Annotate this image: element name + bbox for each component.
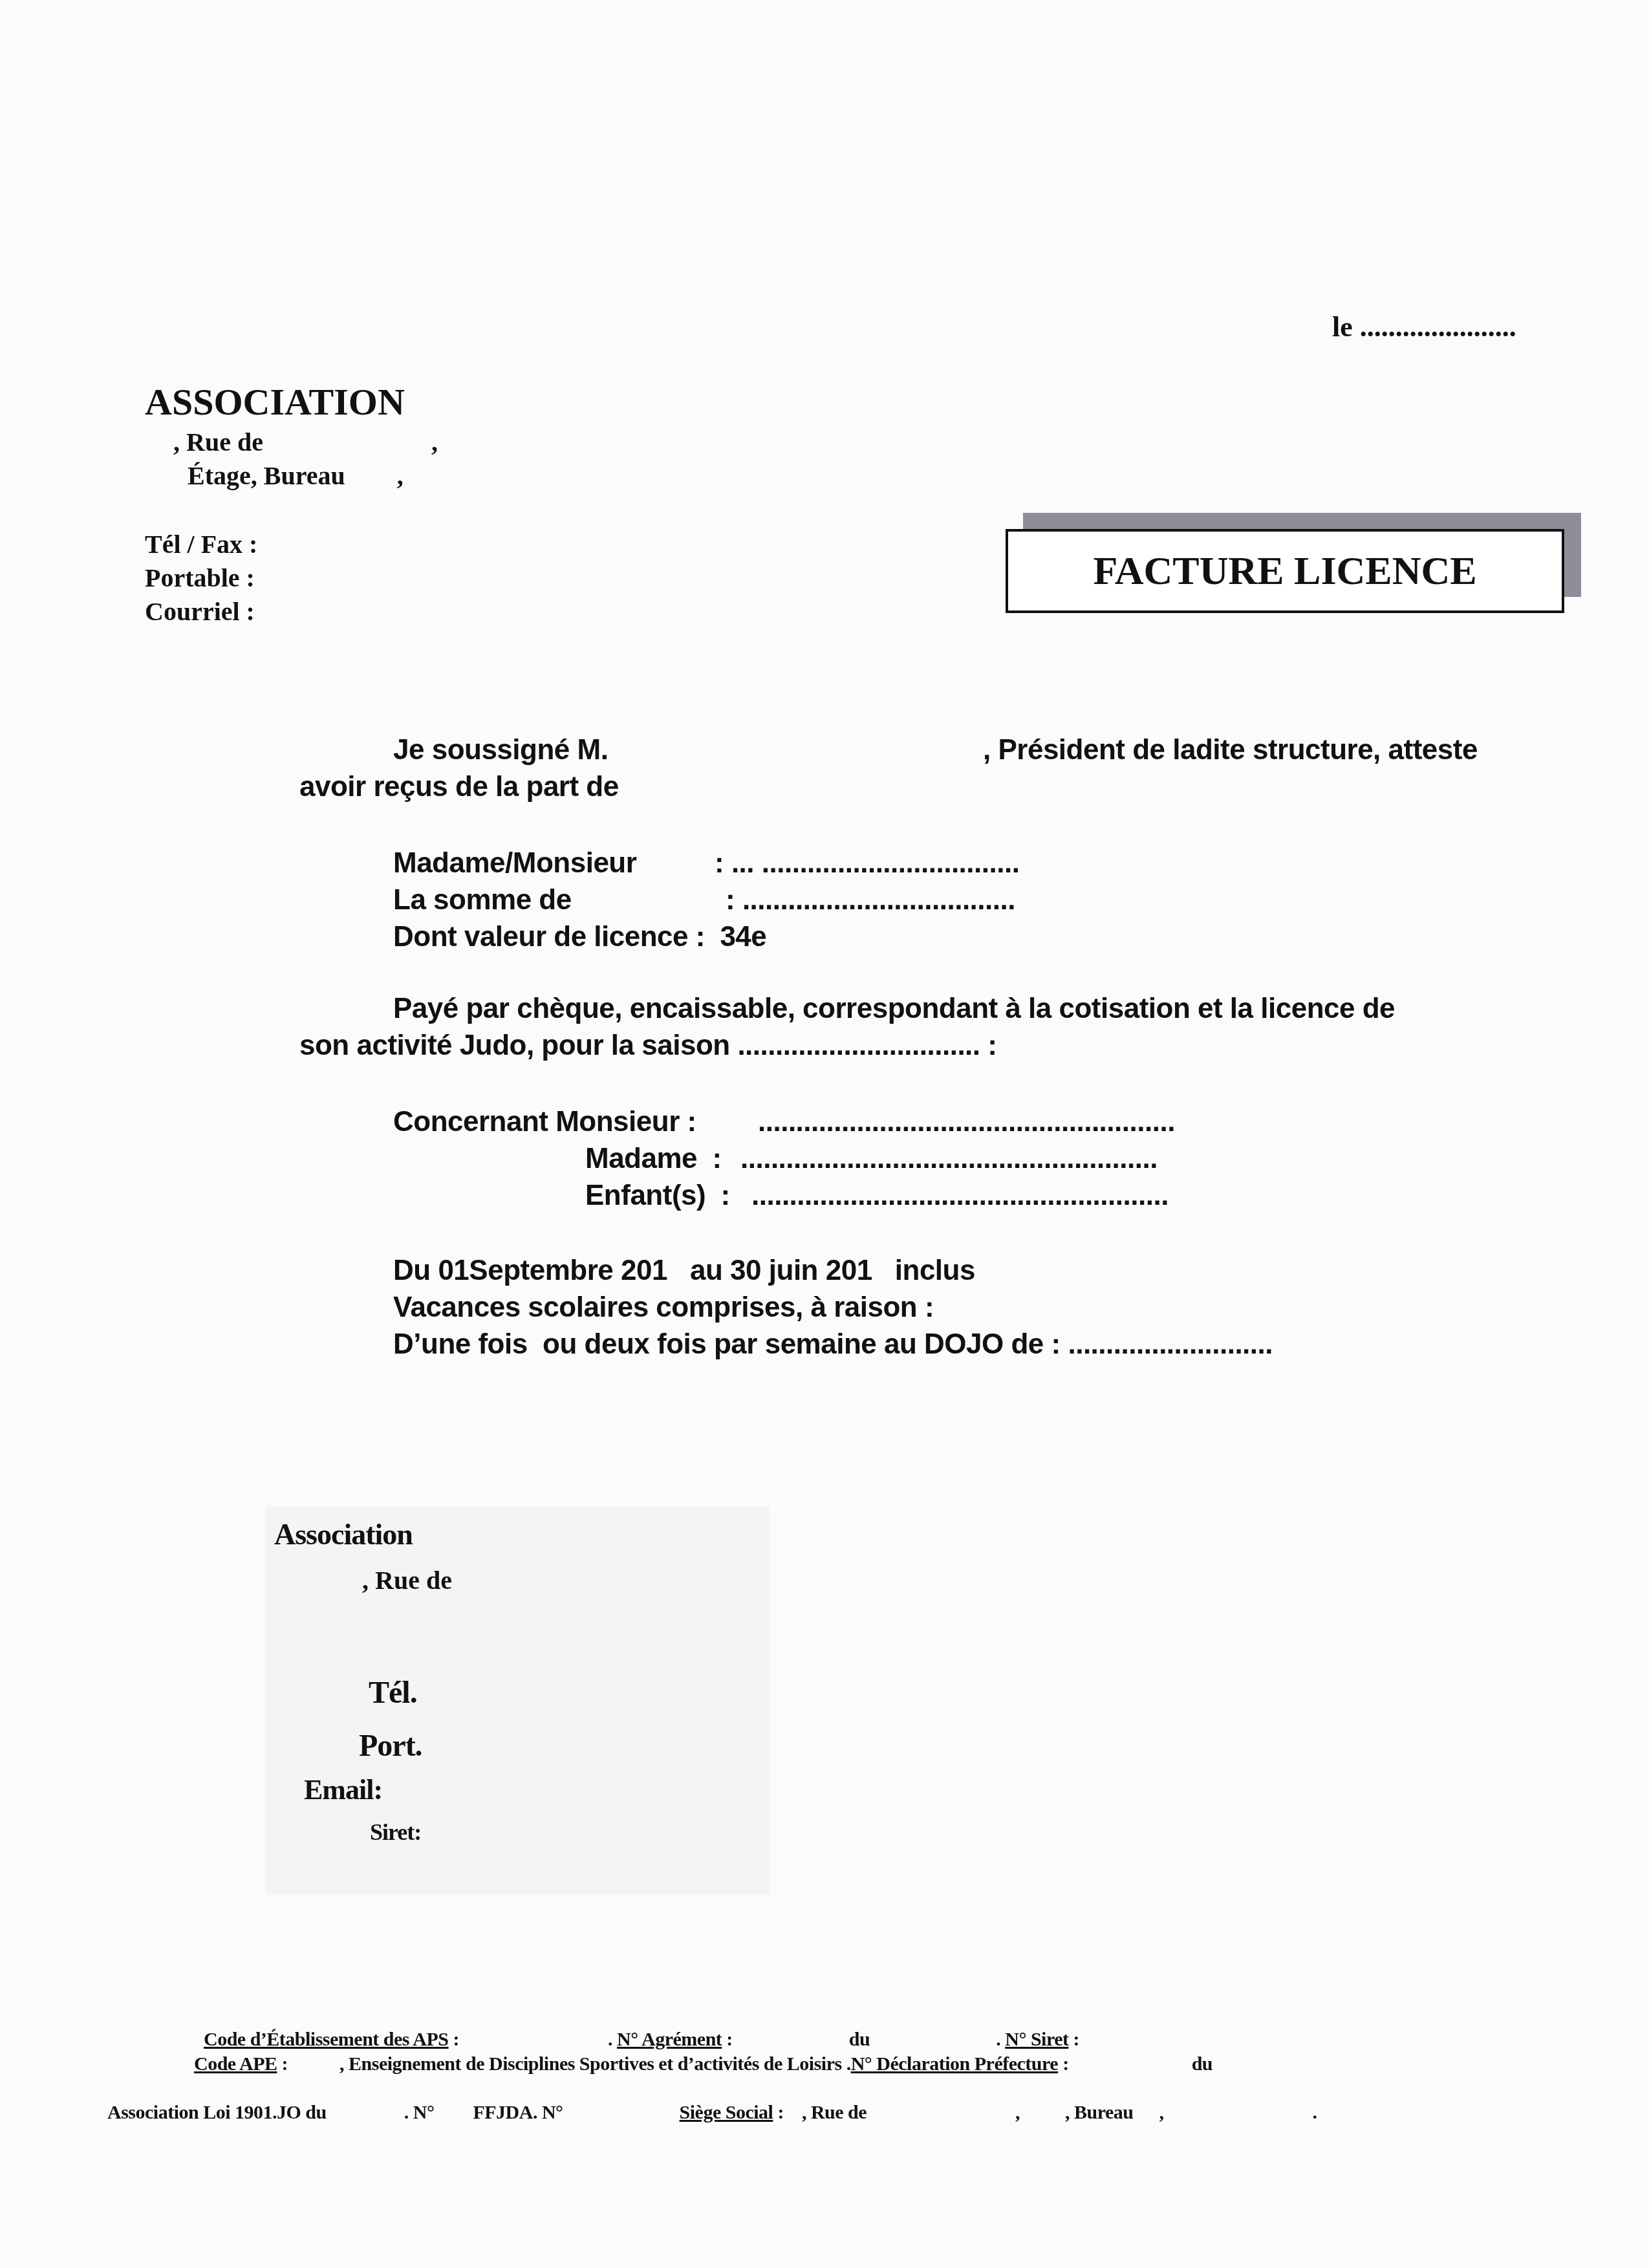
concernant-madame-field: ........................................…	[740, 1143, 1158, 1175]
activity-description: , Enseignement de Disciplines Sportives …	[339, 2053, 851, 2075]
footer-line3: Association Loi 1901.JO du. N°FFJDA. N°S…	[107, 2102, 1317, 2124]
bureau-label: , Bureau	[1065, 2102, 1133, 2123]
concernant-enfants-field: ........................................…	[751, 1180, 1169, 1212]
period-line: Du 01Septembre 201 au 30 juin 201 inclus	[393, 1255, 975, 1287]
association-floor: Étage, Bureau ,	[188, 460, 404, 491]
madame-monsieur-label: Madame/Monsieur	[393, 847, 636, 880]
stamp-street: , Rue de	[362, 1565, 452, 1595]
declaration-label: N° Déclaration Préfecture	[851, 2053, 1058, 2075]
madame-monsieur-field: : ... ..................................	[715, 847, 1019, 880]
concernant-madame-label: Madame :	[585, 1143, 722, 1175]
concernant-monsieur-field: ........................................…	[758, 1106, 1175, 1138]
footer-line1: Code d’Établissement des APS :. N° Agrém…	[204, 2029, 1079, 2051]
stamp-association: Association	[274, 1517, 413, 1551]
ffjda-label: FFJDA. N°	[473, 2102, 563, 2123]
concernant-enfants-label: Enfant(s) :	[585, 1180, 730, 1212]
attestation-end: , Président de ladite structure, atteste	[983, 734, 1478, 766]
somme-label: La somme de	[393, 884, 572, 916]
date-field: le ......................	[1332, 310, 1516, 343]
licence-value: Dont valeur de licence : 34e	[393, 921, 766, 953]
colon: :	[277, 2053, 288, 2075]
stamp-tel: Tél.	[369, 1675, 417, 1711]
payment-line2: son activité Judo, pour la saison ......…	[299, 1030, 997, 1062]
stamp-siret: Siret:	[370, 1819, 421, 1846]
period: .	[1313, 2102, 1317, 2123]
numero-label: . N°	[404, 2102, 435, 2123]
payment-line1: Payé par chèque, encaissable, correspond…	[393, 993, 1395, 1025]
comma: ,	[1159, 2102, 1164, 2123]
frequency-line: D’une fois ou deux fois par semaine au D…	[393, 1328, 1273, 1361]
siret-label: N° Siret	[1005, 2029, 1068, 2050]
comma: ,	[1015, 2102, 1020, 2123]
attestation-start: Je soussigné M.	[393, 734, 608, 766]
holidays-line: Vacances scolaires comprises, à raison :	[393, 1291, 934, 1324]
stamp-email: Email:	[304, 1773, 382, 1806]
footer-line2: Code APE :, Enseignement de Disciplines …	[194, 2053, 1212, 2075]
association-title: ASSOCIATION	[145, 380, 405, 424]
document-title: FACTURE LICENCE	[1093, 548, 1476, 594]
attestation-line2: avoir reçus de la part de	[299, 771, 619, 803]
stamp-port: Port.	[359, 1728, 422, 1764]
separator: .	[608, 2029, 617, 2050]
concernant-monsieur-label: Concernant Monsieur :	[393, 1106, 696, 1138]
portable-label: Portable :	[145, 563, 255, 593]
separator: .	[996, 2029, 1005, 2050]
document-title-box: FACTURE LICENCE	[1006, 529, 1564, 613]
colon: :	[449, 2029, 460, 2050]
colon: :	[1068, 2029, 1079, 2050]
somme-field: : ....................................	[726, 884, 1015, 916]
colon: :	[1058, 2053, 1069, 2075]
du-label: du	[849, 2029, 870, 2050]
siege-social-label: Siège Social	[680, 2102, 773, 2123]
code-ape-label: Code APE	[194, 2053, 277, 2075]
code-aps-label: Code d’Établissement des APS	[204, 2029, 449, 2050]
stamp-background	[265, 1507, 770, 1895]
loi-1901: Association Loi 1901.JO du	[107, 2102, 327, 2123]
colon: :	[722, 2029, 733, 2050]
siege-address: : , Rue de	[773, 2102, 867, 2123]
du-label: du	[1192, 2053, 1212, 2075]
tel-fax-label: Tél / Fax :	[145, 529, 257, 559]
agrement-label: N° Agrément	[617, 2029, 722, 2050]
association-street: , Rue de ,	[173, 427, 438, 457]
courriel-label: Courriel :	[145, 596, 255, 627]
